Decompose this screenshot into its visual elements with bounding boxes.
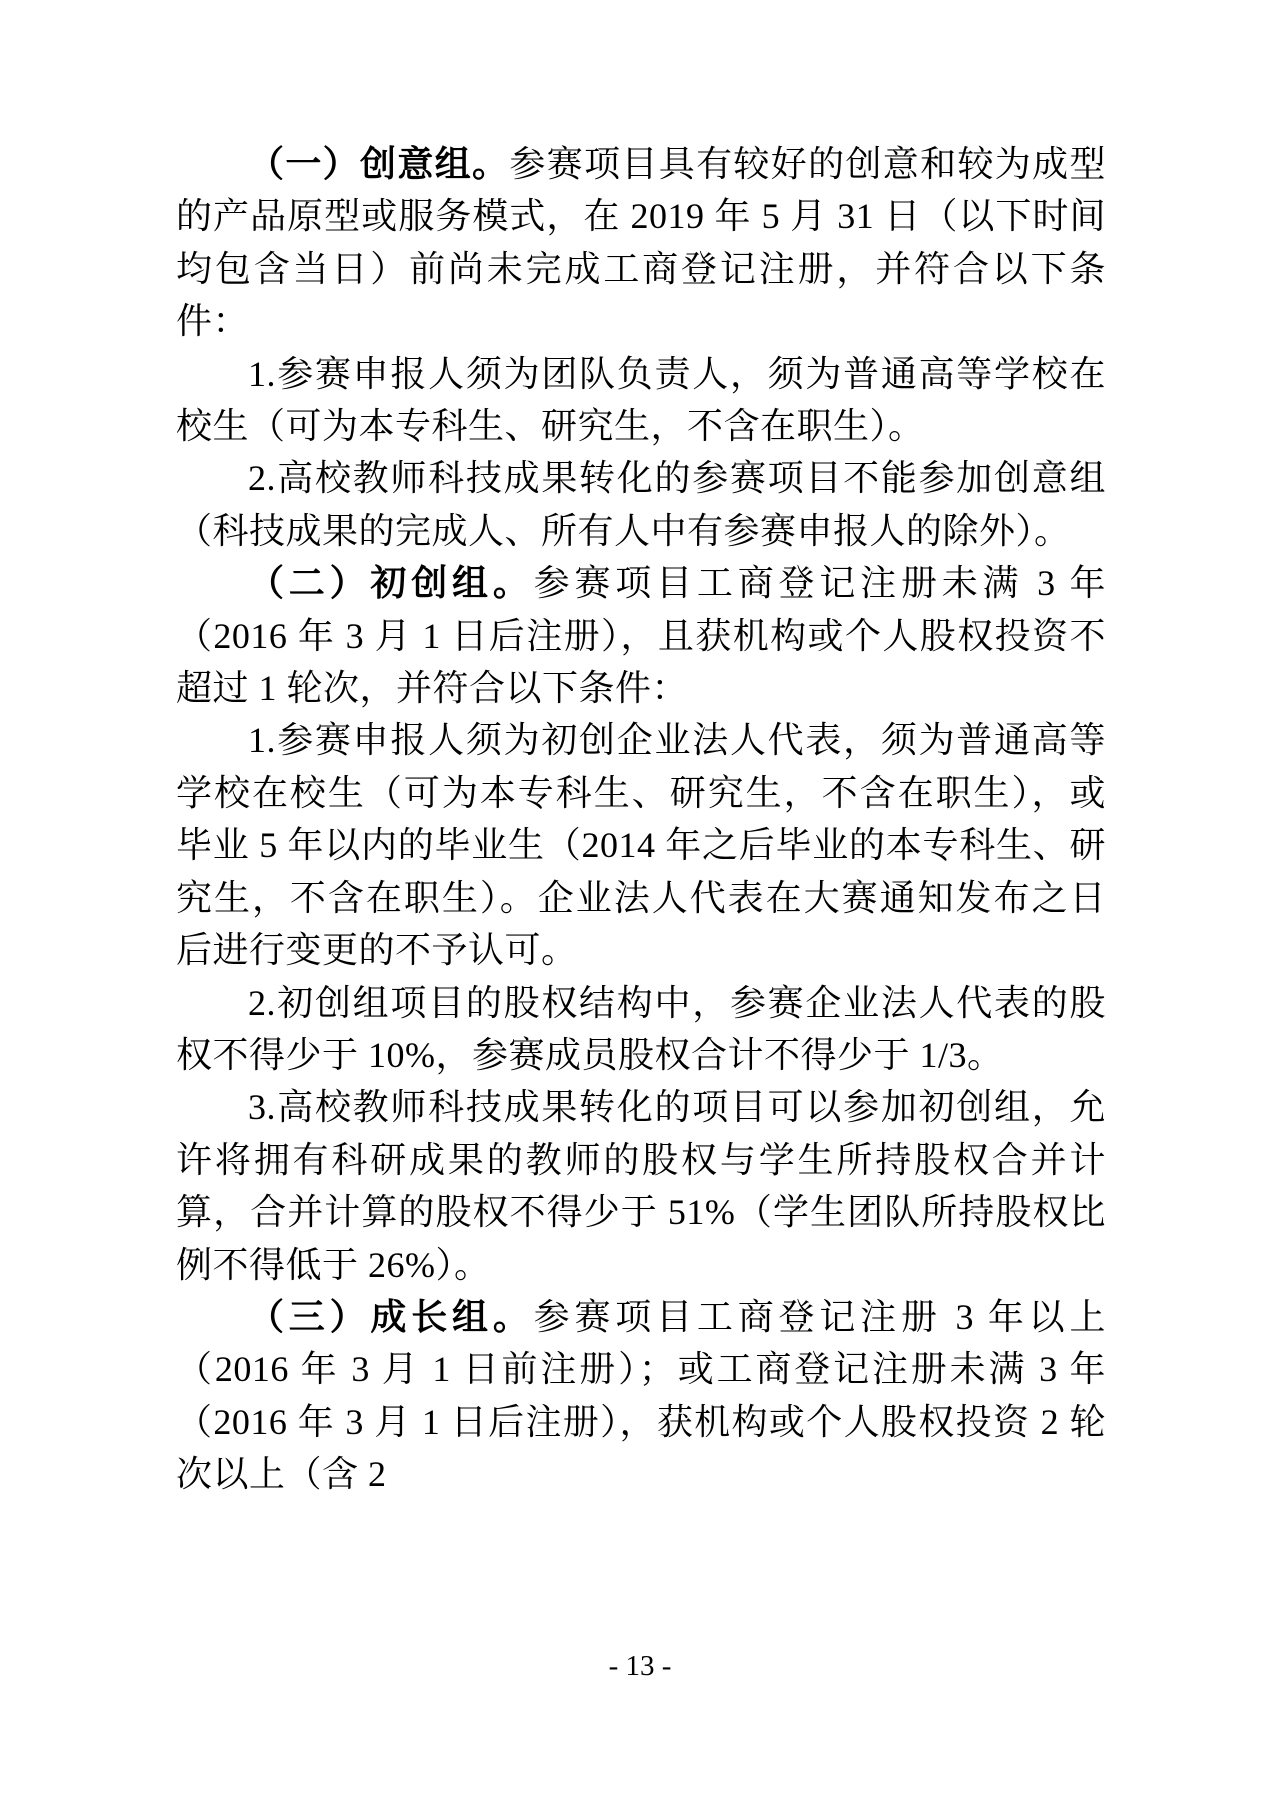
paragraph-creative-group-heading: （一）创意组。参赛项目具有较好的创意和较为成型的产品原型或服务模式，在 2019… bbox=[176, 138, 1106, 348]
paragraph-text: 1.参赛申报人须为初创企业法人代表，须为普通高等学校在校生（可为本专科生、研究生… bbox=[176, 720, 1106, 970]
paragraph-growth-group-heading: （三）成长组。参赛项目工商登记注册 3 年以上（2016 年 3 月 1 日前注… bbox=[176, 1291, 1106, 1501]
page-number: - 13 - bbox=[0, 1650, 1280, 1683]
paragraph-startup-group-heading: （二）初创组。参赛项目工商登记注册未满 3 年（2016 年 3 月 1 日后注… bbox=[176, 557, 1106, 714]
paragraph-text: 2.高校教师科技成果转化的参赛项目不能参加创意组（科技成果的完成人、所有人中有参… bbox=[176, 458, 1106, 550]
section-heading-creative-group: （一）创意组。 bbox=[248, 143, 509, 184]
paragraph-text: 1.参赛申报人须为团队负责人，须为普通高等学校在校生（可为本专科生、研究生，不含… bbox=[176, 354, 1106, 446]
paragraph-startup-item-2: 2.初创组项目的股权结构中，参赛企业法人代表的股权不得少于 10%，参赛成员股权… bbox=[176, 977, 1106, 1082]
paragraph-creative-item-1: 1.参赛申报人须为团队负责人，须为普通高等学校在校生（可为本专科生、研究生，不含… bbox=[176, 348, 1106, 453]
paragraph-text: 2.初创组项目的股权结构中，参赛企业法人代表的股权不得少于 10%，参赛成员股权… bbox=[176, 983, 1106, 1075]
paragraph-startup-item-3: 3.高校教师科技成果转化的项目可以参加初创组，允许将拥有科研成果的教师的股权与学… bbox=[176, 1081, 1106, 1291]
paragraph-startup-item-1: 1.参赛申报人须为初创企业法人代表，须为普通高等学校在校生（可为本专科生、研究生… bbox=[176, 714, 1106, 976]
paragraph-creative-item-2: 2.高校教师科技成果转化的参赛项目不能参加创意组（科技成果的完成人、所有人中有参… bbox=[176, 452, 1106, 557]
document-body: （一）创意组。参赛项目具有较好的创意和较为成型的产品原型或服务模式，在 2019… bbox=[176, 138, 1106, 1501]
section-heading-startup-group: （二）初创组。 bbox=[248, 562, 534, 603]
paragraph-text: 3.高校教师科技成果转化的项目可以参加初创组，允许将拥有科研成果的教师的股权与学… bbox=[176, 1087, 1106, 1284]
section-heading-growth-group: （三）成长组。 bbox=[248, 1296, 534, 1337]
